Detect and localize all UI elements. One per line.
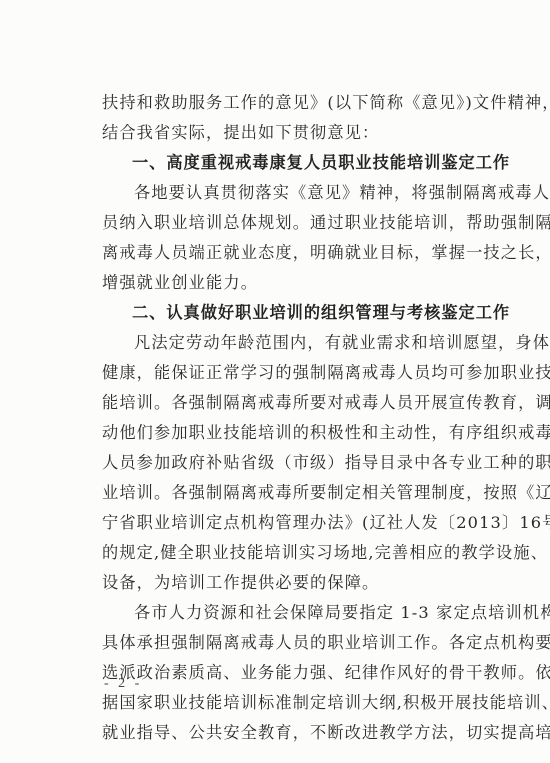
paragraph-line: 的规定,健全职业技能培训实习场地,完善相应的教学设施、 <box>102 543 482 563</box>
paragraph-line: 选派政治素质高、业务能力强、纪律作风好的骨干教师。依 <box>102 663 482 683</box>
paragraph-line: 各地要认真贯彻落实《意见》精神，将强制隔离戒毒人 <box>134 183 482 203</box>
paragraph-line: 离戒毒人员端正就业态度，明确就业目标，掌握一技之长， <box>102 243 482 263</box>
document-page: 扶持和救助服务工作的意见》(以下简称《意见》)文件精神，结合我省实际，提出如下贯… <box>0 0 550 763</box>
paragraph-line: 人员参加政府补贴省级（市级）指导目录中各专业工种的职 <box>102 453 482 473</box>
paragraph-line: 动他们参加职业技能培训的积极性和主动性，有序组织戒毒 <box>102 423 482 443</box>
section-heading: 二、认真做好职业培训的组织管理与考核鉴定工作 <box>132 303 510 323</box>
paragraph-line: 健康，能保证正常学习的强制隔离戒毒人员均可参加职业技 <box>102 363 482 383</box>
paragraph-line: 据国家职业技能培训标准制定培训大纲,积极开展技能培训、 <box>102 693 482 713</box>
paragraph-line: 凡法定劳动年龄范围内，有就业需求和培训愿望，身体 <box>134 333 482 353</box>
paragraph-line: 扶持和救助服务工作的意见》(以下简称《意见》)文件精神， <box>102 93 482 113</box>
paragraph-line: 具体承担强制隔离戒毒人员的职业培训工作。各定点机构要 <box>102 633 482 653</box>
paragraph-line: 就业指导、公共安全教育，不断改进教学方法，切实提高培 <box>102 723 482 743</box>
paragraph-line: 增强就业创业能力。 <box>102 273 482 293</box>
paragraph-line: 结合我省实际，提出如下贯彻意见： <box>102 123 482 143</box>
paragraph-line: 各市人力资源和社会保障局要指定 1-3 家定点培训机构 <box>134 603 482 623</box>
paragraph-line: 能培训。各强制隔离戒毒所要对戒毒人员开展宣传教育，调 <box>102 393 482 413</box>
paragraph-line: 设备，为培训工作提供必要的保障。 <box>102 573 482 593</box>
section-heading: 一、高度重视戒毒康复人员职业技能培训鉴定工作 <box>132 153 510 173</box>
page-number: - 2 - <box>104 676 142 692</box>
paragraph-line: 员纳入职业培训总体规划。通过职业技能培训，帮助强制隔 <box>102 213 482 233</box>
paragraph-line: 业培训。各强制隔离戒毒所要制定相关管理制度，按照《辽 <box>102 483 482 503</box>
paragraph-line: 宁省职业培训定点机构管理办法》(辽社人发〔2013〕16号) <box>102 513 482 533</box>
